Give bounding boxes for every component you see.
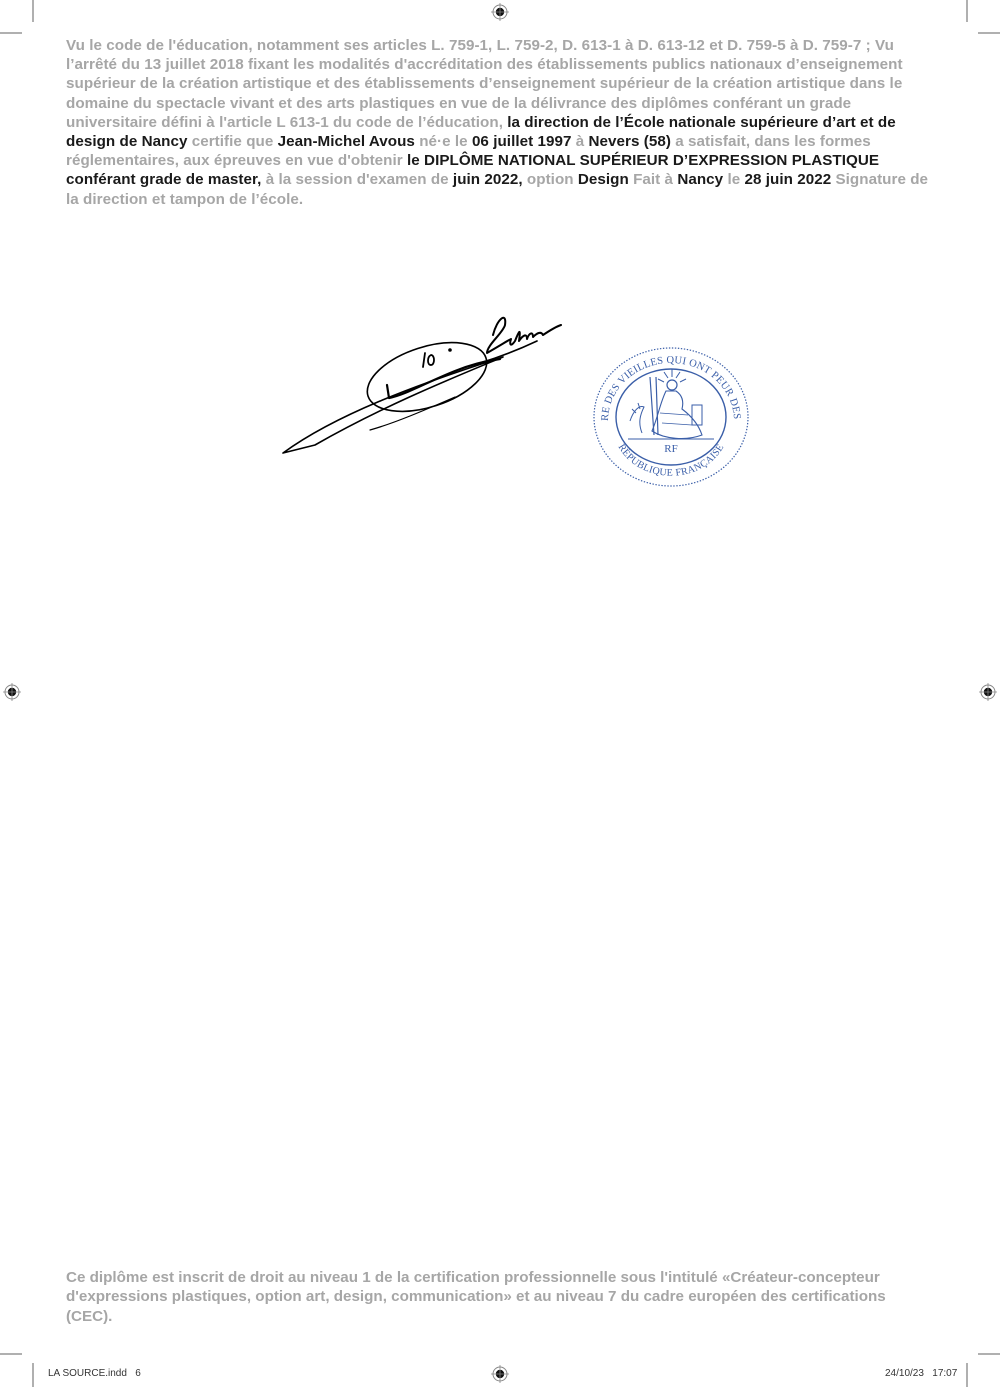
certification-field-value: juin 2022, (453, 171, 523, 188)
certification-boilerplate: Fait à (629, 171, 678, 188)
registration-mark-icon (491, 3, 509, 21)
certification-boilerplate: à (571, 133, 588, 150)
certification-boilerplate: le (723, 171, 744, 188)
certification-field-value: Nevers (58) (589, 133, 671, 150)
registration-mark-icon (979, 683, 997, 701)
crop-mark-bottom-left-horizontal (0, 1353, 22, 1355)
certification-boilerplate: à la session d'examen de (261, 171, 452, 188)
director-signature (275, 305, 575, 460)
crop-mark-top-left-vertical (32, 0, 34, 22)
certification-text: Vu le code de l'éducation, notamment ses… (66, 36, 936, 209)
registration-mark-icon (491, 1365, 509, 1383)
certification-field-value: 06 juillet 1997 (472, 133, 572, 150)
crop-mark-bottom-right-vertical (966, 1363, 968, 1387)
certification-field-value: Jean-Michel Avous (278, 133, 415, 150)
crop-mark-top-right-horizontal (978, 32, 1000, 34)
svg-text:MINISTÈRE DES VIEILLES QUI ONT: MINISTÈRE DES VIEILLES QUI ONT PEUR DES … (590, 343, 742, 422)
certification-field-value: 28 juin 2022 (744, 171, 831, 188)
certification-boilerplate: certifie que (187, 133, 277, 150)
certification-boilerplate: né·e le (415, 133, 472, 150)
crop-mark-top-left-horizontal (0, 32, 22, 34)
registration-mark-icon (3, 683, 21, 701)
print-slug-timestamp: 24/10/23 17:07 (885, 1368, 957, 1379)
seal-center-label: RF (664, 443, 677, 455)
crop-mark-bottom-right-horizontal (978, 1353, 1000, 1355)
print-slug-filename: LA SOURCE.indd 6 (48, 1368, 141, 1379)
certification-field-value: Nancy (677, 171, 723, 188)
certification-field-value: Design (578, 171, 629, 188)
crop-mark-top-right-vertical (966, 0, 968, 22)
certification-boilerplate: option (523, 171, 578, 188)
official-seal: MINISTÈRE DES VIEILLES QUI ONT PEUR DES … (590, 343, 752, 488)
seal-top-text: MINISTÈRE DES VIEILLES QUI ONT PEUR DES … (590, 343, 742, 422)
crop-mark-bottom-left-vertical (32, 1363, 34, 1387)
certification-level-note: Ce diplôme est inscrit de droit au nivea… (66, 1268, 936, 1326)
